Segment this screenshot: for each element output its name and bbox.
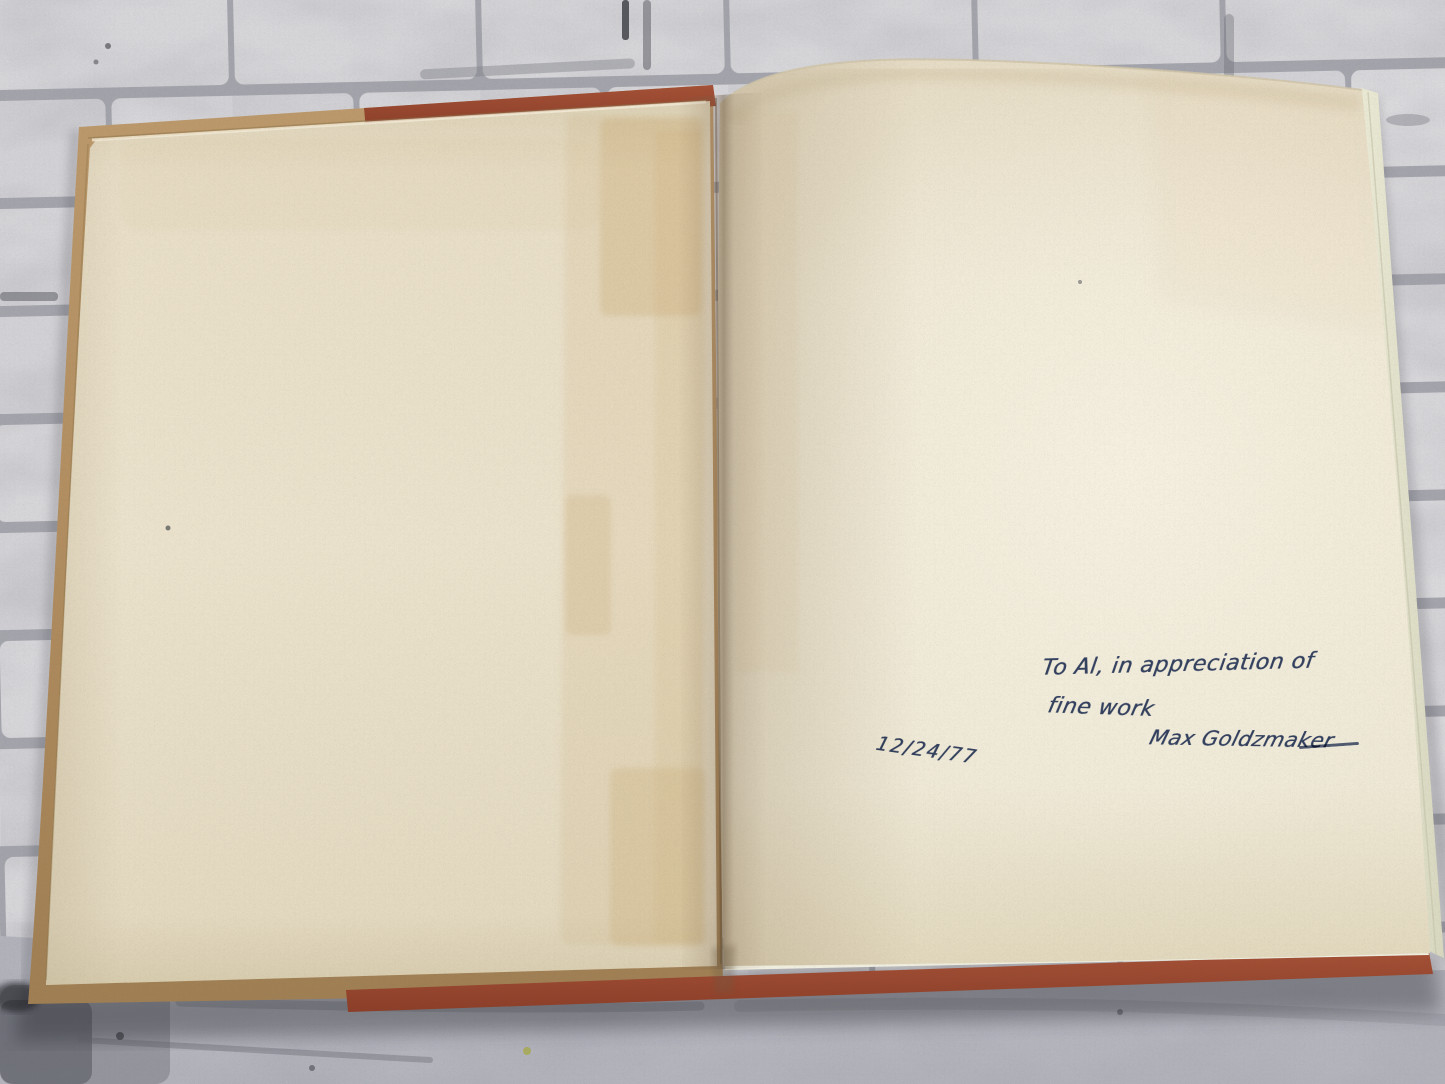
- inscription-line-2: fine work: [1045, 693, 1156, 722]
- book-photo: To Al, in appreciation of fine work Max …: [0, 0, 1445, 1084]
- photo-grain: [0, 0, 1445, 1084]
- inscription-signature: Max Goldzmaker: [1147, 725, 1337, 752]
- photo-canvas: [0, 0, 1445, 1084]
